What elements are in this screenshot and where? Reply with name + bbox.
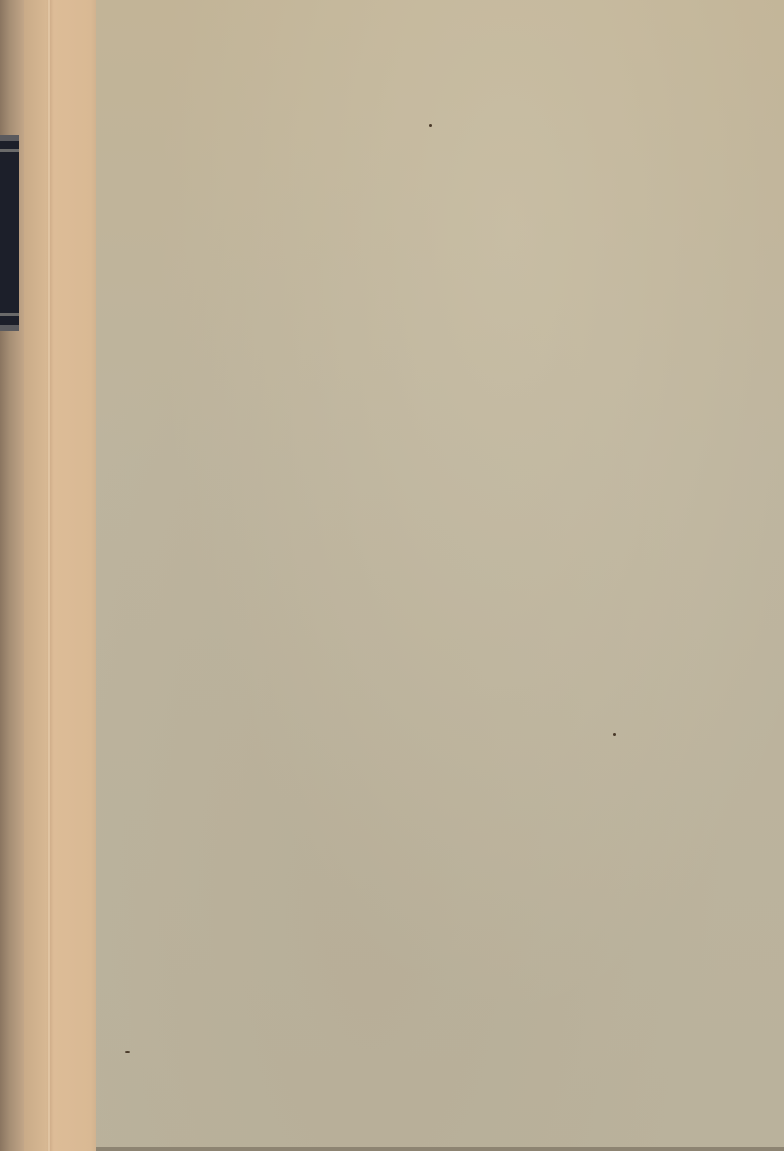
spine-label-band <box>0 313 19 316</box>
hinge-tape <box>24 0 98 1151</box>
front-cover <box>96 0 784 1151</box>
cover-speck <box>613 733 616 736</box>
cover-speck <box>429 124 432 127</box>
cover-bottom-edge <box>96 1147 784 1151</box>
spine-label <box>0 135 19 331</box>
hinge-crease <box>48 0 50 1151</box>
cover-speck <box>125 1051 130 1053</box>
spine-label-band <box>0 149 19 152</box>
